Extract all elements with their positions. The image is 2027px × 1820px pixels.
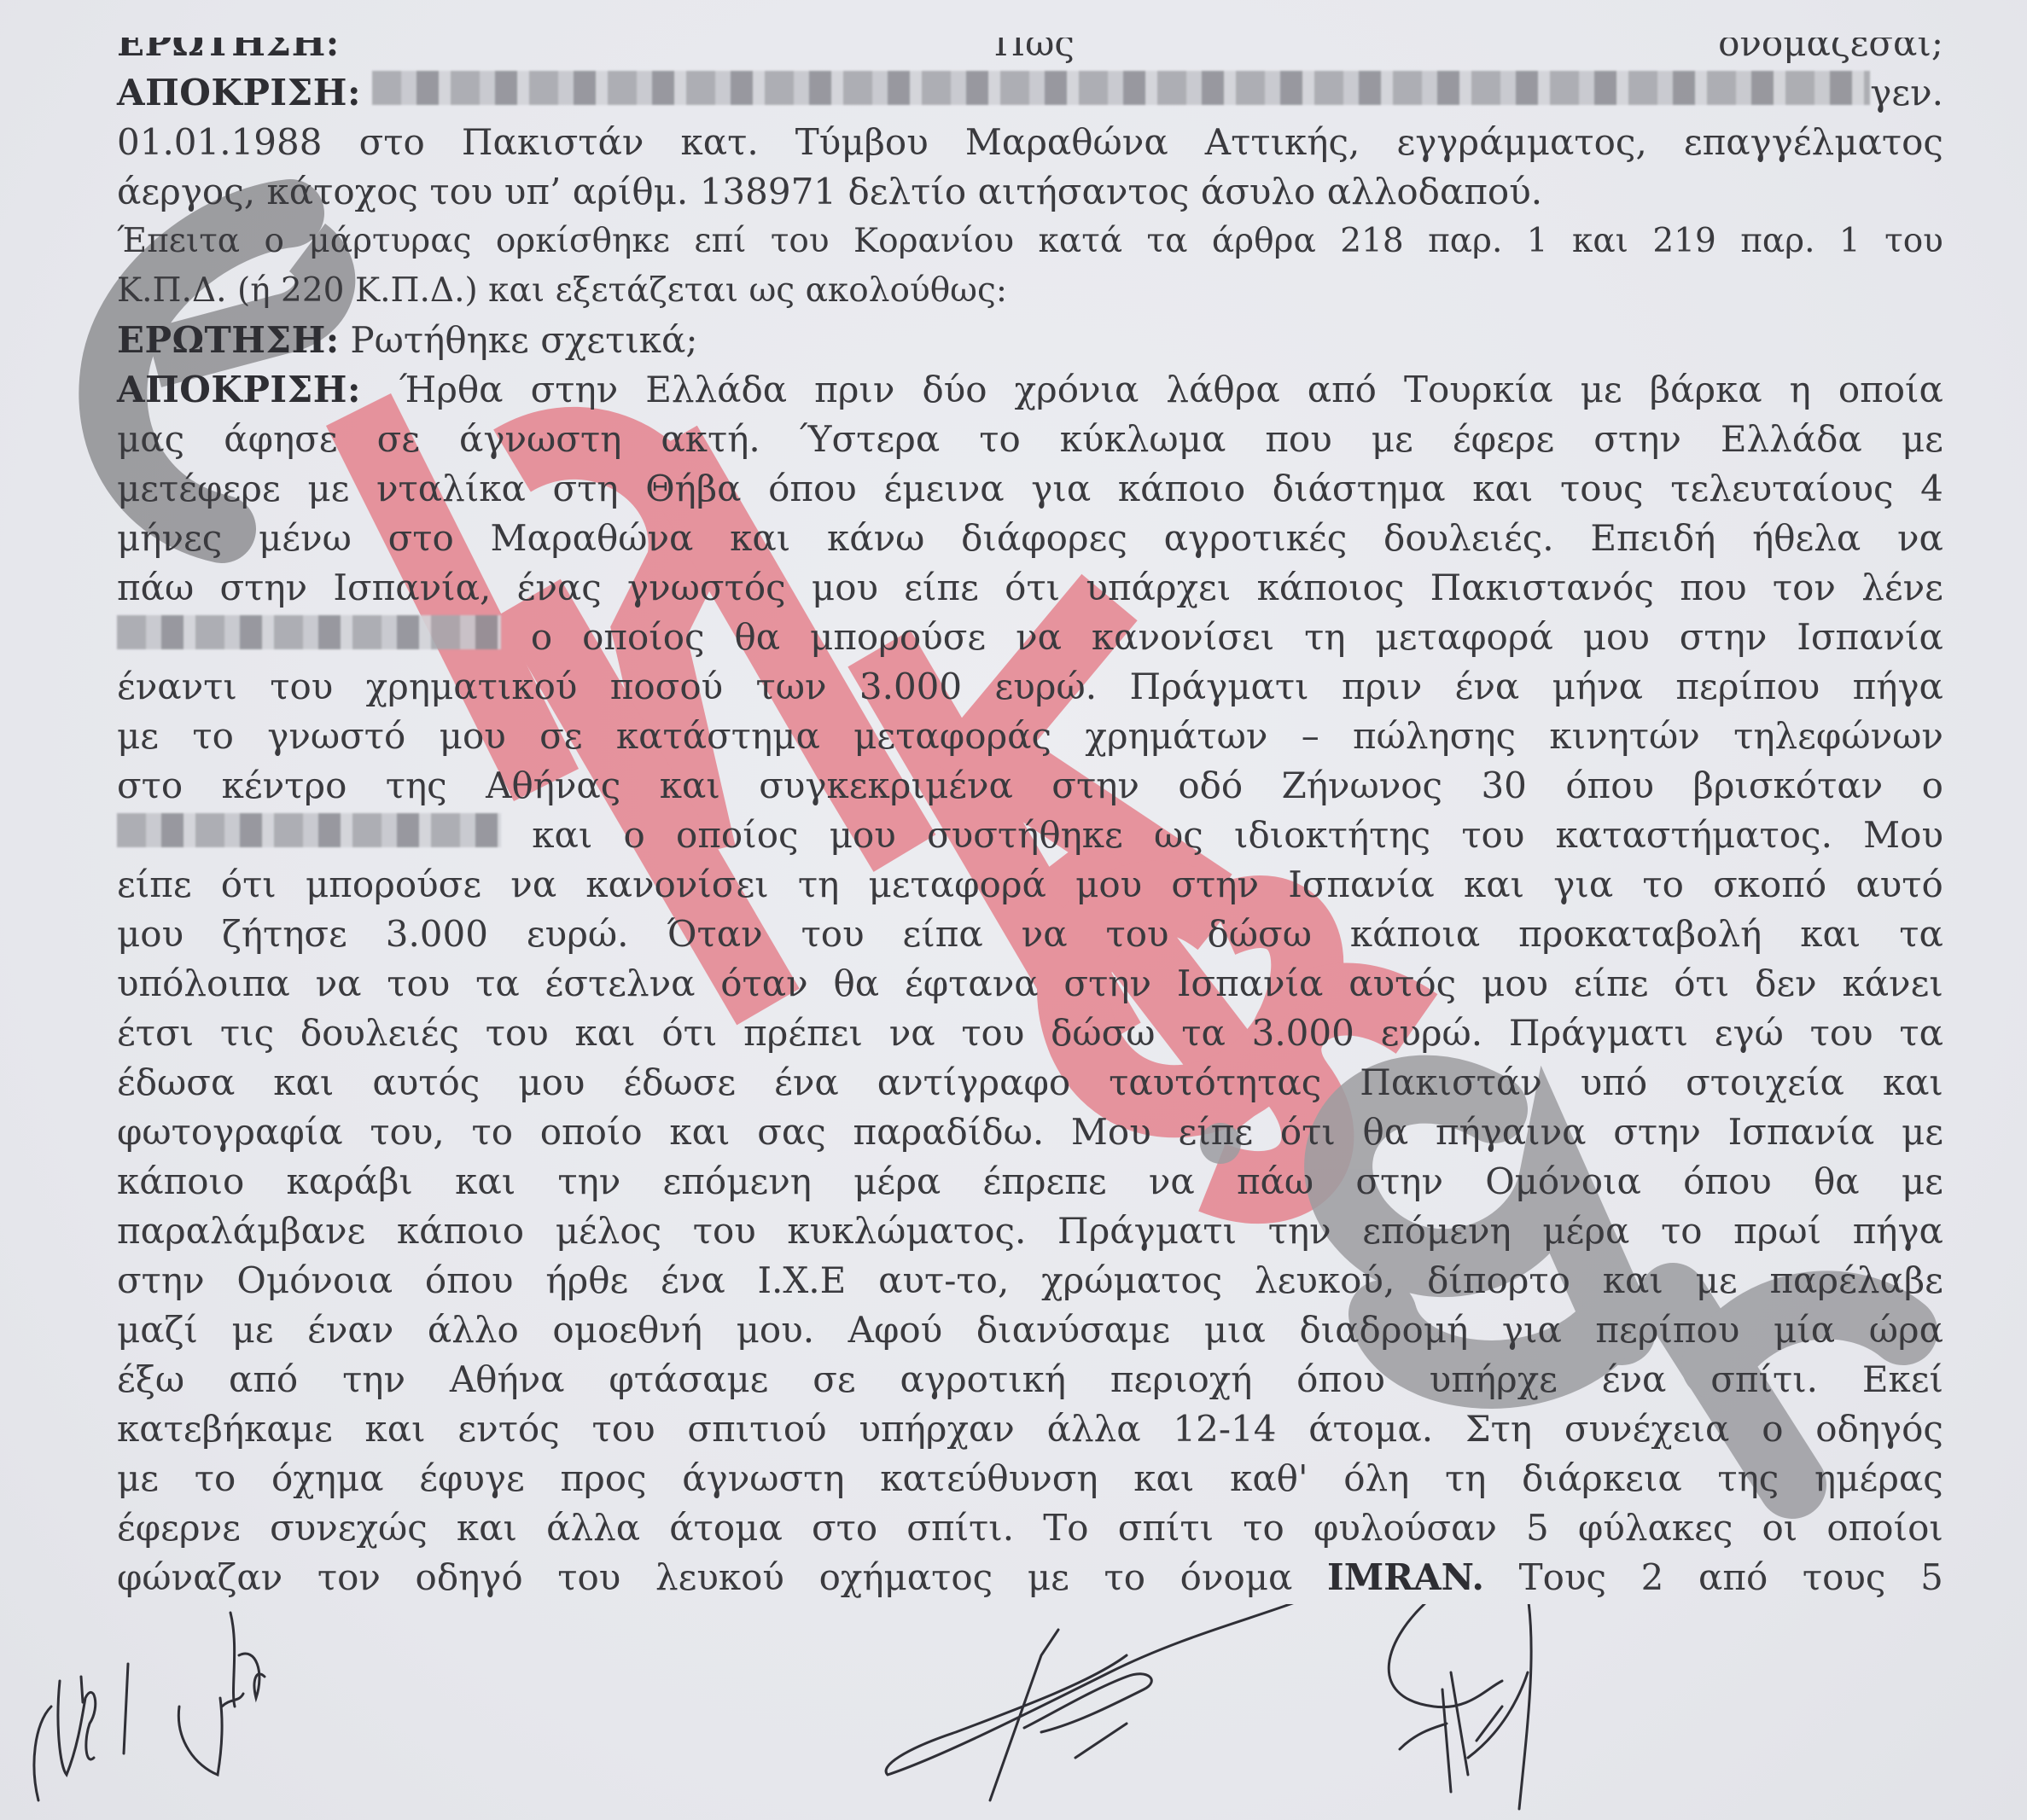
word: άσυλο bbox=[1201, 167, 1315, 217]
word: μου bbox=[440, 712, 506, 761]
word: παραλάμβανε bbox=[117, 1207, 365, 1256]
word: στην bbox=[531, 365, 619, 415]
word: καράβι bbox=[286, 1157, 412, 1207]
word: είπε bbox=[117, 860, 192, 910]
document-line: οοποίοςθαμπορούσενακανονίσειτημεταφοράμο… bbox=[117, 613, 1943, 662]
word: άγνωστη bbox=[682, 1454, 844, 1503]
word: να bbox=[1022, 910, 1068, 959]
word: άλλα bbox=[546, 1503, 640, 1553]
word: ο bbox=[1922, 761, 1943, 811]
word: οποία bbox=[1838, 365, 1943, 415]
word: τα bbox=[1147, 217, 1188, 266]
word: φωτογραφία bbox=[117, 1108, 343, 1157]
word: κανονίσει bbox=[1092, 613, 1274, 662]
word: τα bbox=[475, 959, 520, 1009]
word: δουλειές. bbox=[1383, 514, 1554, 563]
word: τα bbox=[1899, 910, 1943, 959]
word: ένας bbox=[517, 563, 602, 613]
word: 2 bbox=[1641, 1553, 1664, 1602]
word: κάποιο bbox=[1118, 464, 1245, 514]
word: Το bbox=[1043, 1503, 1088, 1553]
signature-4 bbox=[1389, 1604, 1531, 1809]
word: έξω bbox=[117, 1355, 184, 1404]
word: μπορούσε bbox=[306, 860, 481, 910]
word: 3.000 bbox=[1252, 1009, 1354, 1058]
word: να bbox=[889, 1009, 935, 1058]
redacted-name-block bbox=[372, 71, 1871, 105]
word: αγροτική bbox=[900, 1355, 1067, 1404]
word: με bbox=[307, 464, 349, 514]
word: όπου bbox=[768, 464, 857, 514]
question-label: ΕΡΩΤΗΣΗ: bbox=[117, 316, 340, 365]
document-line: έδωσακαιαυτόςμουέδωσεένααντίγραφοταυτότη… bbox=[117, 1058, 1943, 1108]
word: Πακιστανός bbox=[1430, 563, 1654, 613]
word: άεργος, bbox=[117, 167, 255, 217]
word: ορκίσθηκε bbox=[496, 217, 670, 266]
word: βάρκα bbox=[1650, 365, 1762, 415]
word: τους bbox=[1560, 464, 1644, 514]
word: Ρωτήθηκε bbox=[350, 316, 528, 365]
word: πριν bbox=[1342, 662, 1422, 712]
word: άγνωστη bbox=[459, 415, 621, 464]
document-line: μετογνωστόμουσεκατάστημαμεταφοράςχρημάτω… bbox=[117, 712, 1943, 761]
word: και bbox=[1883, 1058, 1943, 1108]
word: πριν bbox=[814, 365, 894, 415]
word: θα bbox=[1814, 1157, 1860, 1207]
signature-2 bbox=[178, 1613, 265, 1775]
word: που bbox=[1680, 563, 1746, 613]
word: της bbox=[386, 761, 447, 811]
word: – bbox=[1302, 712, 1319, 761]
word: 218 bbox=[1340, 217, 1403, 266]
document-line: 01.01.1988στοΠακιστάνκατ.ΤύμβουΜαραθώναΑ… bbox=[117, 118, 1943, 167]
redacted-name-block bbox=[117, 813, 501, 847]
word: του bbox=[387, 959, 450, 1009]
word: άλλα bbox=[1047, 1404, 1141, 1454]
word: να bbox=[1016, 613, 1062, 662]
document-line: Κ.Π.Δ.(ή220Κ.Π.Δ.)καιεξετάζεταιωςακολούθ… bbox=[117, 266, 1943, 316]
word: μάρτυρας bbox=[308, 217, 471, 266]
word: και bbox=[669, 1108, 730, 1157]
document-line: φώναζαντονοδηγότουλευκούοχήματοςμετοόνομ… bbox=[117, 1553, 1943, 1602]
word: συνεχώς bbox=[270, 1503, 428, 1553]
word: τα bbox=[1899, 1009, 1943, 1058]
document-line: παραλάμβανεκάποιομέλοςτουκυκλώματος.Πράγ… bbox=[117, 1207, 1943, 1256]
word: ότι bbox=[661, 1009, 717, 1058]
word: από bbox=[1698, 1553, 1768, 1602]
word: δουλειές bbox=[300, 1009, 459, 1058]
signature-1 bbox=[34, 1664, 128, 1800]
word: τηλεφώνων bbox=[1733, 712, 1943, 761]
word: ώρα bbox=[1869, 1305, 1943, 1355]
word: πρωί bbox=[1733, 1207, 1821, 1256]
word: χρηματικού bbox=[366, 662, 578, 712]
word: μας bbox=[117, 415, 184, 464]
word: φώναζαν bbox=[117, 1553, 282, 1602]
word: υπό bbox=[1581, 1058, 1647, 1108]
word: κάτοχος bbox=[267, 167, 418, 217]
word: υπάρχει bbox=[1086, 563, 1231, 613]
word: παρέλαβε bbox=[1769, 1256, 1943, 1305]
word: πάω bbox=[117, 563, 194, 613]
word: Κ.Π.Δ.) bbox=[355, 266, 478, 316]
word: κύκλωμα bbox=[1060, 415, 1226, 464]
word: Ζήνωνος bbox=[1282, 761, 1442, 811]
document-line: στηνΟμόνοιαόπουήρθεέναΙ.Χ.Εαυτ-το,χρώματ… bbox=[117, 1256, 1943, 1305]
word: νταλίκα bbox=[376, 464, 526, 514]
word: δίπορτο bbox=[1427, 1256, 1570, 1305]
word: σπιτιού bbox=[687, 1404, 826, 1454]
word: χρώματος bbox=[1041, 1256, 1222, 1305]
word: αυτ-το, bbox=[878, 1256, 1009, 1305]
word: κατεύθυνση bbox=[880, 1454, 1098, 1503]
word: φυλούσαν bbox=[1313, 1503, 1497, 1553]
word: Ισπανία bbox=[1728, 1108, 1875, 1157]
word: περίπου bbox=[1675, 662, 1820, 712]
word: του bbox=[961, 1009, 1024, 1058]
word: και bbox=[575, 1009, 636, 1058]
word: σπίτι. bbox=[1710, 1355, 1818, 1404]
word: οποίο bbox=[540, 1108, 643, 1157]
document-line: μουζήτησε3.000ευρώ.Όταντουείπανατουδώσωκ… bbox=[117, 910, 1943, 959]
word: οδηγός bbox=[1815, 1404, 1943, 1454]
word: με bbox=[231, 1305, 273, 1355]
word: κάποιο bbox=[117, 1157, 244, 1207]
document-line: μετοόχημαέφυγεπροςάγνωστηκατεύθυνσηκαικα… bbox=[117, 1454, 1943, 1503]
word: αρίθμ. bbox=[573, 167, 688, 217]
word: εγγράμματος, bbox=[1396, 118, 1646, 167]
word: Ι.Χ.Ε bbox=[757, 1256, 846, 1305]
word: εντός bbox=[457, 1404, 559, 1454]
word: μου bbox=[518, 1058, 585, 1108]
word: δώσω bbox=[1051, 1009, 1155, 1058]
word: τη bbox=[1445, 1454, 1486, 1503]
word: και bbox=[1800, 910, 1861, 959]
word: αυτός bbox=[1348, 959, 1456, 1009]
word: Επειδή bbox=[1590, 514, 1715, 563]
word: Θήβα bbox=[645, 464, 741, 514]
word: 220 bbox=[281, 266, 344, 316]
word: οδηγό bbox=[416, 1553, 523, 1602]
word: θα bbox=[734, 613, 780, 662]
word: όπου bbox=[1565, 761, 1654, 811]
word: άρθρα bbox=[1212, 217, 1316, 266]
word: και bbox=[273, 1058, 334, 1108]
word: Όταν bbox=[667, 910, 762, 959]
word: (ή bbox=[237, 266, 271, 316]
word: Μαραθώνα bbox=[491, 514, 694, 563]
word: το bbox=[192, 712, 234, 761]
signature-3 bbox=[886, 1604, 1331, 1800]
word: στην bbox=[1680, 613, 1768, 662]
word: μου bbox=[1482, 959, 1548, 1009]
word: έναντι bbox=[117, 662, 237, 712]
word: ότι bbox=[1005, 563, 1060, 613]
word: πώλησης bbox=[1353, 712, 1516, 761]
word: 4 bbox=[1920, 464, 1943, 514]
document-line: φωτογραφίατου,τοοποίοκαισαςπαραδίδω.Μουε… bbox=[117, 1108, 1943, 1157]
word: ως bbox=[1154, 811, 1203, 860]
word: κάποιο bbox=[397, 1207, 524, 1256]
testimony-text: ΕΡΩΤΗΣΗ:Πώςονομάζεσαι;ΑΠΟΚΡΙΣΗ:γεν.01.01… bbox=[117, 41, 1943, 1602]
document-line: στοκέντροτηςΑθήναςκαισυγκεκριμέναστηνοδό… bbox=[117, 761, 1943, 811]
word: έφερνε bbox=[117, 1503, 241, 1553]
word: το bbox=[1642, 860, 1684, 910]
word: σκοπό bbox=[1713, 860, 1826, 910]
word: στο bbox=[117, 761, 183, 811]
word: Πώς bbox=[994, 19, 1075, 68]
word: στην bbox=[219, 563, 307, 613]
word: του bbox=[429, 167, 492, 217]
word: Πράγματι bbox=[1057, 1207, 1237, 1256]
word: και bbox=[1133, 1454, 1194, 1503]
word: για bbox=[1031, 464, 1091, 514]
document-line: ΈπειταομάρτυραςορκίσθηκεεπίτουΚορανίουκα… bbox=[117, 217, 1943, 266]
word: Ήρθα bbox=[399, 365, 504, 415]
word: μου bbox=[117, 910, 183, 959]
document-line: καιοοποίοςμουσυστήθηκεωςιδιοκτήτηςτουκατ… bbox=[117, 811, 1943, 860]
document-line: κάποιοκαράβικαιτηνεπόμενημέραέπρεπεναπάω… bbox=[117, 1157, 1943, 1207]
word: κάποιος bbox=[1257, 563, 1405, 613]
word: Πακιστάν bbox=[1360, 1058, 1542, 1108]
document-line: ΕΡΩΤΗΣΗ:Πώςονομάζεσαι; bbox=[117, 19, 1943, 68]
word: Μου bbox=[1863, 811, 1943, 860]
word: έμεινα bbox=[883, 464, 1004, 514]
word: διάστημα bbox=[1273, 464, 1446, 514]
word: 138971 bbox=[700, 167, 836, 217]
word: μεταφορά bbox=[1375, 613, 1552, 662]
word: σχετικά; bbox=[540, 316, 697, 365]
word: για bbox=[1502, 1305, 1562, 1355]
word: έφτανα bbox=[905, 959, 1039, 1009]
word: και bbox=[730, 514, 790, 563]
word: εξετάζεται bbox=[556, 266, 738, 316]
question-label: ΕΡΩΤΗΣΗ: bbox=[117, 19, 340, 68]
word: οδό bbox=[1178, 761, 1243, 811]
word: του bbox=[592, 1404, 655, 1454]
word: Μου bbox=[1071, 1108, 1151, 1157]
word: στο bbox=[359, 118, 425, 167]
word: κατά bbox=[1038, 217, 1122, 266]
word: ότι bbox=[1280, 1108, 1336, 1157]
word: ότι bbox=[221, 860, 277, 910]
word: αλλοδαπού. bbox=[1327, 167, 1542, 217]
word: ευρώ. bbox=[527, 910, 629, 959]
word: φτάσαμε bbox=[609, 1355, 768, 1404]
word: σε bbox=[813, 1355, 855, 1404]
word: όχημα bbox=[271, 1454, 384, 1503]
word: οποίος bbox=[676, 811, 798, 860]
word: δώσω bbox=[1207, 910, 1311, 959]
word: ότι bbox=[1674, 959, 1729, 1009]
word: με bbox=[1581, 365, 1622, 415]
word: της bbox=[1717, 1454, 1779, 1503]
word: λευκού, bbox=[1255, 1256, 1395, 1305]
word: άφησε bbox=[224, 415, 337, 464]
word: στην bbox=[117, 1256, 205, 1305]
word: ακτή. bbox=[661, 415, 760, 464]
word: συνέχεια bbox=[1564, 1404, 1730, 1454]
word: Αφού bbox=[848, 1305, 943, 1355]
word: 219 bbox=[1652, 217, 1715, 266]
word: έφυγε bbox=[419, 1454, 525, 1503]
word: κατάστημα bbox=[616, 712, 820, 761]
word: το bbox=[1243, 1503, 1284, 1553]
word: από bbox=[229, 1355, 298, 1404]
word: η bbox=[1790, 365, 1811, 415]
word: το bbox=[471, 1108, 513, 1157]
word: προς bbox=[560, 1454, 646, 1503]
document-line: υπόλοιπανατουταέστελναότανθαέφταναστηνΙσ… bbox=[117, 959, 1943, 1009]
word: έδωσα bbox=[117, 1058, 235, 1108]
word: τις bbox=[220, 1009, 274, 1058]
word: επόμενη bbox=[1362, 1207, 1511, 1256]
word: δελτίο bbox=[847, 167, 966, 217]
answer-label: ΑΠΟΚΡΙΣΗ: bbox=[117, 68, 361, 118]
word: Ελλάδα bbox=[645, 365, 787, 415]
word: με bbox=[117, 1454, 159, 1503]
word: και bbox=[1572, 217, 1628, 266]
word: Αθήνα bbox=[450, 1355, 565, 1404]
word: πρέπει bbox=[743, 1009, 863, 1058]
word: όπου bbox=[1296, 1355, 1385, 1404]
word: ο bbox=[265, 217, 284, 266]
word: να bbox=[1149, 1157, 1195, 1207]
word: Πακιστάν bbox=[462, 118, 644, 167]
word: και bbox=[532, 811, 592, 860]
word: Πράγματι bbox=[1509, 1009, 1688, 1058]
word: επόμενη bbox=[663, 1157, 812, 1207]
word: Στη bbox=[1465, 1404, 1532, 1454]
word: κάνω bbox=[827, 514, 924, 563]
word: ζήτησε bbox=[222, 910, 347, 959]
word: του bbox=[693, 1207, 756, 1256]
word: πήγα bbox=[1853, 662, 1943, 712]
bold-name: IMRAN. bbox=[1327, 1553, 1484, 1602]
document-line: ΕΡΩΤΗΣΗ:Ρωτήθηκεσχετικά; bbox=[117, 316, 1943, 365]
word: κανονίσει bbox=[585, 860, 768, 910]
word: μένω bbox=[259, 514, 352, 563]
word: 5 bbox=[1920, 1553, 1943, 1602]
word: Τουρκία bbox=[1404, 365, 1553, 415]
document-line: ΑΠΟΚΡΙΣΗ:γεν. bbox=[117, 68, 1943, 118]
word: μου bbox=[1583, 613, 1650, 662]
word: που bbox=[1265, 415, 1331, 464]
word: κάποια bbox=[1350, 910, 1480, 959]
word: μετέφερε bbox=[117, 464, 281, 514]
answer-label: ΑΠΟΚΡΙΣΗ: bbox=[117, 365, 361, 415]
word: τον bbox=[317, 1553, 381, 1602]
word: αυτός bbox=[372, 1058, 480, 1108]
word: μου bbox=[830, 811, 896, 860]
document-line: έναντιτουχρηματικούποσούτων3.000ευρώ.Πρά… bbox=[117, 662, 1943, 712]
word: Ύστερα bbox=[800, 415, 940, 464]
word: και bbox=[660, 761, 720, 811]
word: Τύμβου bbox=[795, 118, 929, 167]
word: ένα bbox=[1602, 1355, 1667, 1404]
word: συγκεκριμένα bbox=[759, 761, 1013, 811]
word: οχήματος bbox=[819, 1553, 993, 1602]
word: τους bbox=[1803, 1553, 1886, 1602]
word: και bbox=[365, 1404, 426, 1454]
word: κατεβήκαμε bbox=[117, 1404, 333, 1454]
word: έναν bbox=[307, 1305, 393, 1355]
word: πήγαινα bbox=[1436, 1108, 1587, 1157]
word: σας bbox=[757, 1108, 826, 1157]
word: Τους bbox=[1519, 1553, 1606, 1602]
word: ήθελα bbox=[1752, 514, 1861, 563]
scanned-document-page: ΕΡΩΤΗΣΗ:Πώςονομάζεσαι;ΑΠΟΚΡΙΣΗ:γεν.01.01… bbox=[0, 0, 2027, 1820]
word: οι bbox=[1762, 1503, 1798, 1553]
word: αιτήσαντος bbox=[978, 167, 1190, 217]
word: θα bbox=[1363, 1108, 1409, 1157]
word: όπου bbox=[1683, 1157, 1772, 1207]
word: στοιχεία bbox=[1686, 1058, 1844, 1108]
word: υπήρχε bbox=[1430, 1355, 1558, 1404]
word: 3.000 bbox=[386, 910, 488, 959]
word: μου bbox=[812, 563, 878, 613]
word: Κ.Π.Δ. bbox=[117, 266, 227, 316]
document-line: μαςάφησεσεάγνωστηακτή.Ύστερατοκύκλωμαπου… bbox=[117, 415, 1943, 464]
word: την bbox=[557, 1157, 620, 1207]
word: γνωστό bbox=[267, 712, 405, 761]
word: ημέρας bbox=[1814, 1454, 1943, 1503]
word: χρόνια bbox=[1015, 365, 1139, 415]
word: Ισπανία bbox=[1288, 860, 1435, 910]
word: άτομα. bbox=[1308, 1404, 1433, 1454]
word: άλλο bbox=[428, 1305, 519, 1355]
word: Κορανίου bbox=[853, 217, 1014, 266]
word: λένε bbox=[1861, 563, 1943, 613]
word: μία bbox=[1774, 1305, 1835, 1355]
word: ευρώ. bbox=[1381, 1009, 1483, 1058]
word: του bbox=[557, 1553, 620, 1602]
word: πάω bbox=[1237, 1157, 1313, 1207]
document-line: πάωστηνΙσπανία,έναςγνωστόςμουείπεότιυπάρ… bbox=[117, 563, 1943, 613]
word: ακολούθως: bbox=[806, 266, 1007, 316]
word: και bbox=[1472, 464, 1533, 514]
word: σε bbox=[377, 415, 420, 464]
word: έφερε bbox=[1453, 415, 1554, 464]
word: Εκεί bbox=[1862, 1355, 1943, 1404]
word: και bbox=[457, 1503, 517, 1553]
word: τα bbox=[1181, 1009, 1226, 1058]
word: 01.01.1988 bbox=[117, 118, 322, 167]
word: τον bbox=[1773, 563, 1836, 613]
word: καταστήματος. bbox=[1556, 811, 1832, 860]
word: να bbox=[510, 860, 556, 910]
word: εγώ bbox=[1715, 1009, 1784, 1058]
word: στο bbox=[388, 514, 454, 563]
signatures-icon bbox=[0, 1604, 2027, 1820]
word: διαδρομή bbox=[1299, 1305, 1468, 1355]
word: ομοεθνή bbox=[552, 1305, 702, 1355]
word: επί bbox=[694, 217, 746, 266]
word: σε bbox=[539, 712, 582, 761]
word: οποίοι bbox=[1826, 1503, 1943, 1553]
document-line: άεργος,κάτοχοςτουυπ’αρίθμ.138971δελτίοαι… bbox=[117, 167, 1943, 217]
word: να bbox=[1897, 514, 1943, 563]
word: το bbox=[1104, 1553, 1146, 1602]
word: μέρα bbox=[1542, 1207, 1629, 1256]
word: Αθήνας bbox=[486, 761, 620, 811]
word: κατ. bbox=[680, 118, 758, 167]
document-line: μήνεςμένωστοΜαραθώνακαικάνωδιάφορεςαγροτ… bbox=[117, 514, 1943, 563]
word: ένα bbox=[774, 1058, 839, 1108]
word: 3.000 bbox=[859, 662, 962, 712]
word: ταυτότητας bbox=[1109, 1058, 1321, 1108]
word: και bbox=[1603, 1256, 1663, 1305]
